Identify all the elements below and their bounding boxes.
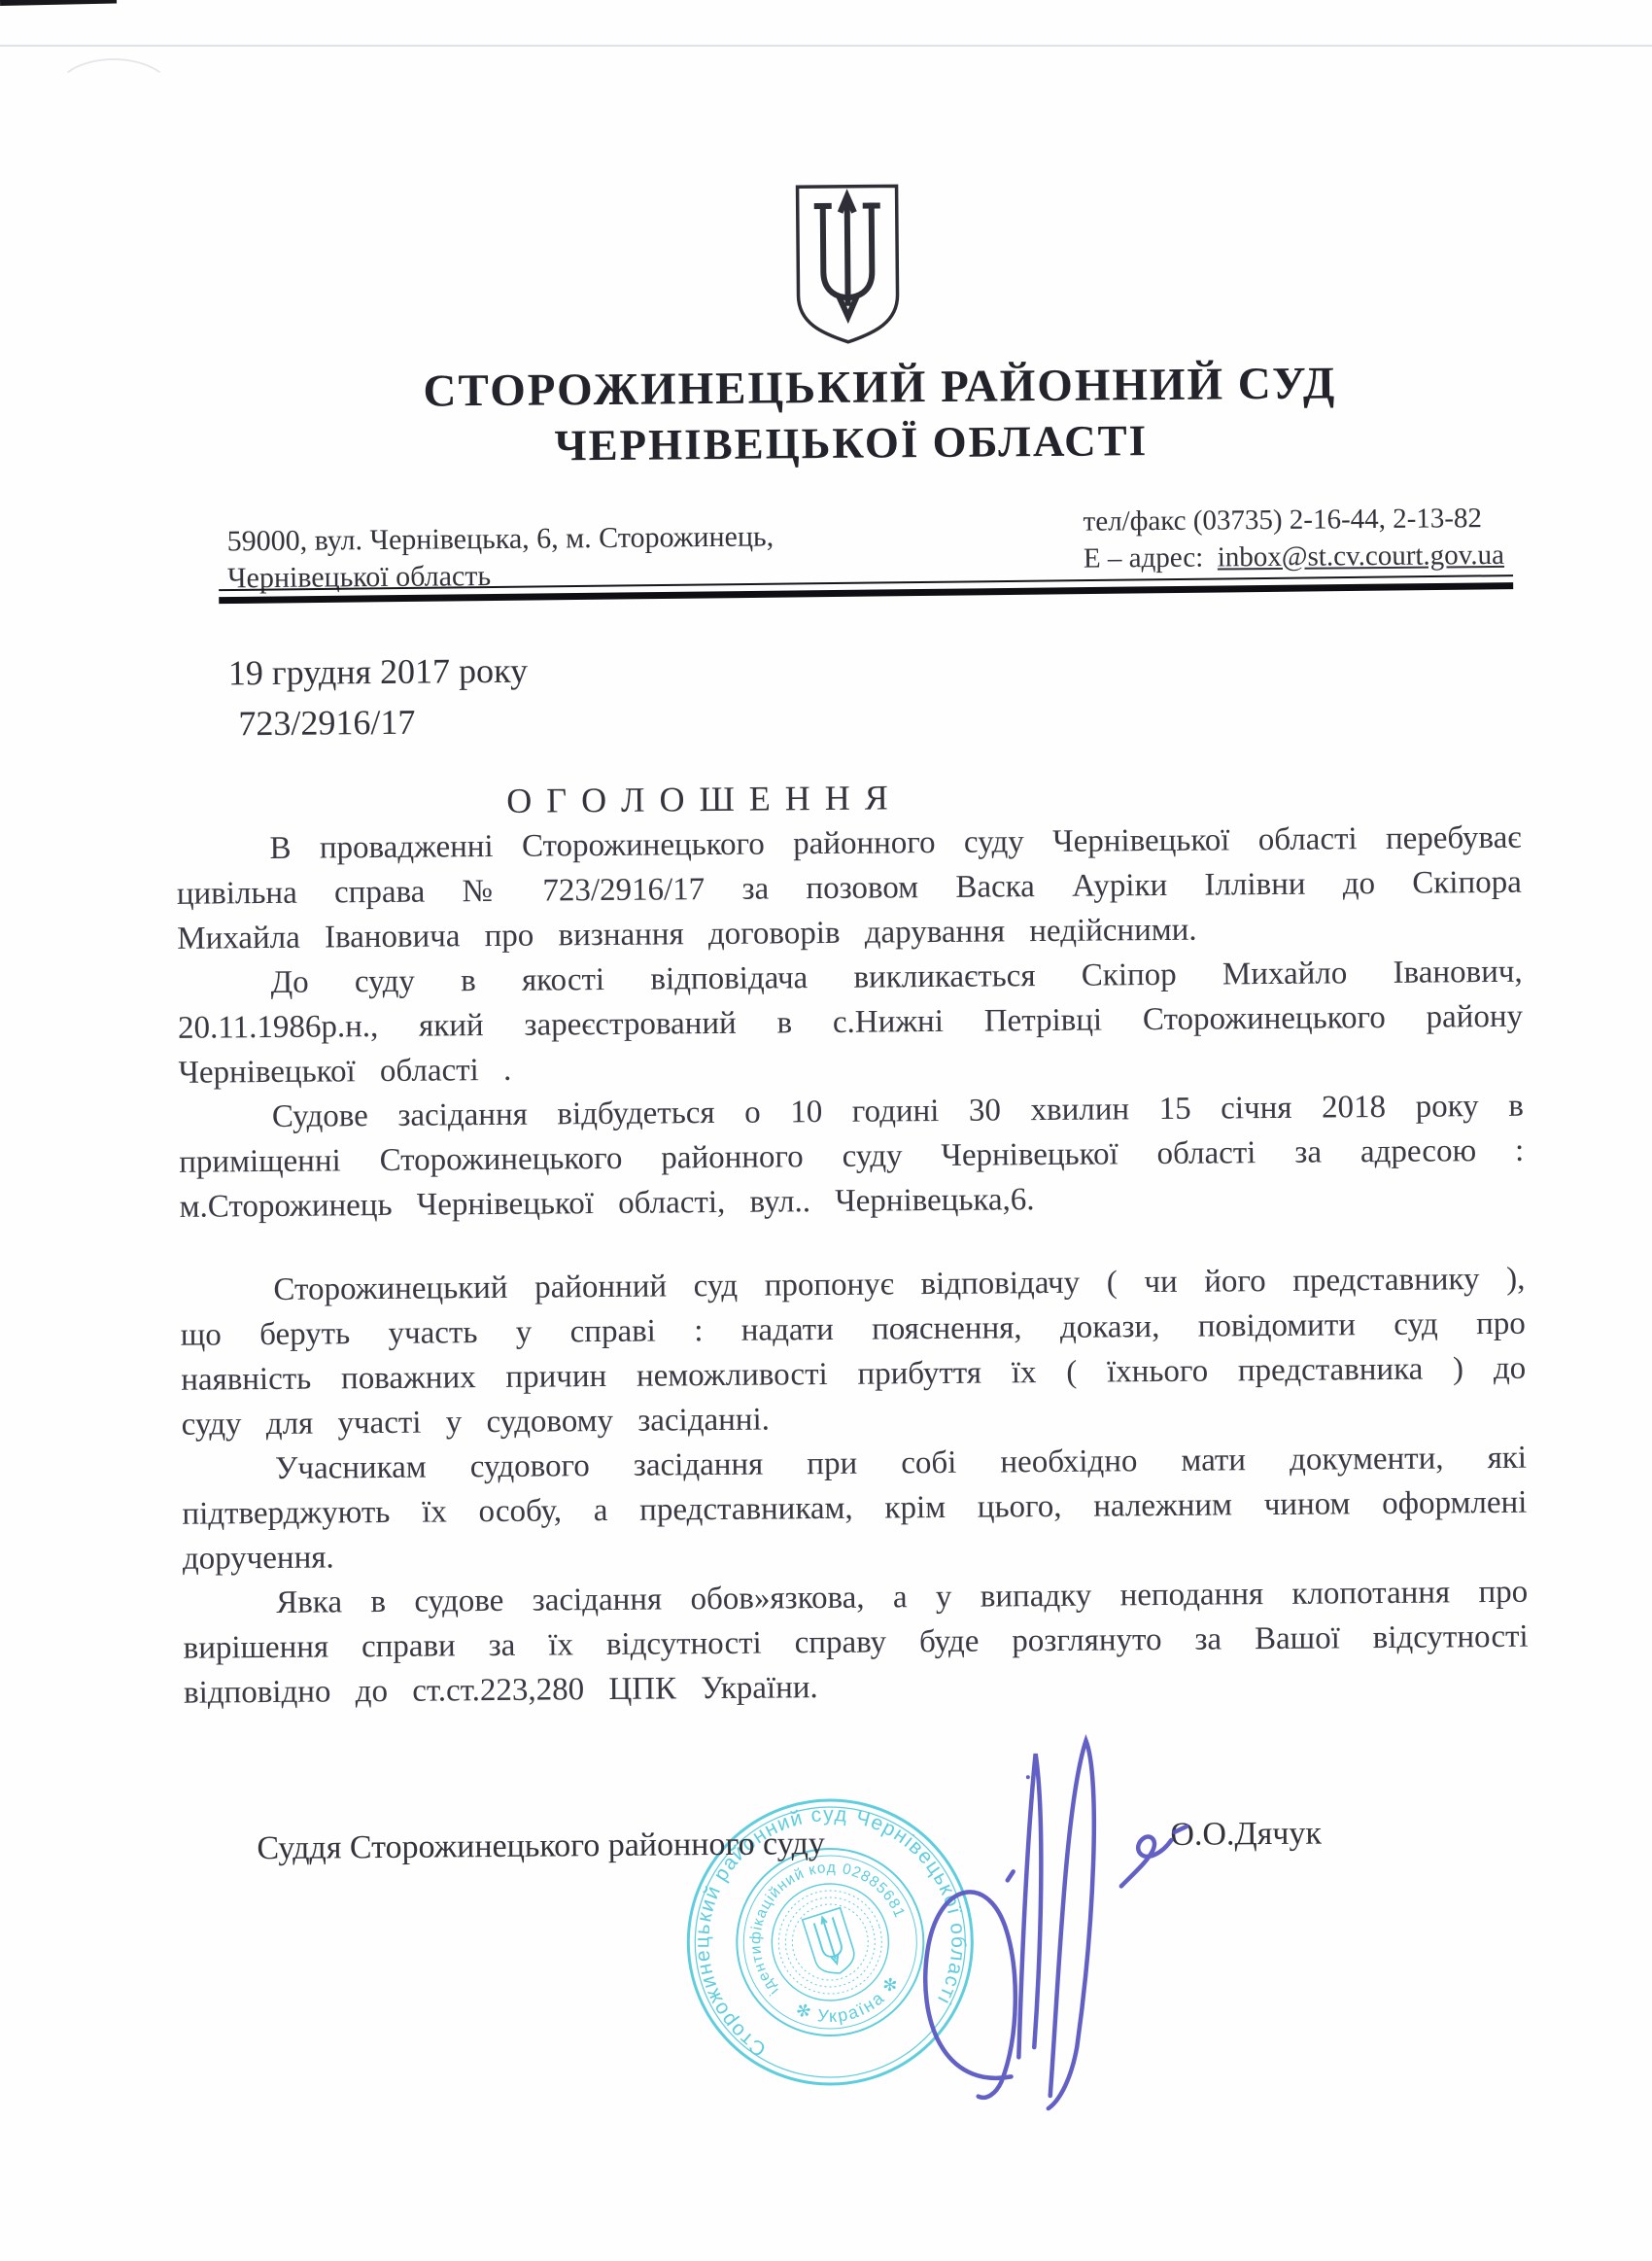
announcement-paragraph: Сторожинецький районний суд пропонує від… [180, 1257, 1527, 1447]
announcement-paragraph: Явка в судове засідання обов»язкова, а у… [183, 1570, 1529, 1716]
ukraine-trident-emblem-icon [789, 180, 907, 348]
announcement-body: В провадженні Сторожинецького районного … [176, 816, 1529, 1716]
email-line: Е – адрес: inbox@st.cv.court.gov.ua [1084, 537, 1504, 577]
svg-text:✻ Україна ✻: ✻ Україна ✻ [788, 1968, 911, 2039]
announcement-title: О Г О Л О Ш Е Н Н Я [174, 774, 1223, 823]
email-label: Е – адрес: [1084, 542, 1204, 574]
court-contacts: тел/факс (03735) 2-16-44, 2-13-82 Е – ад… [1083, 500, 1504, 577]
announcement-paragraph: Учасникам судового засідання при собі не… [182, 1436, 1528, 1582]
scan-artifact-corner [0, 0, 117, 6]
email-address: inbox@st.cv.court.gov.ua [1218, 539, 1504, 574]
document-date: 19 грудня 2017 року [228, 650, 529, 694]
court-address-line1: 59000, вул. Чернівецька, 6, м. Сторожине… [227, 518, 774, 560]
phone-fax-line: тел/факс (03735) 2-16-44, 2-13-82 [1083, 500, 1503, 540]
document-page: СТОРОЖИНЕЦЬКИЙ РАЙОННИЙ СУД ЧЕРНІВЕЦЬКОЇ… [0, 0, 1652, 2261]
announcement-paragraph: До суду в якості відповідача викликаєтьс… [177, 950, 1523, 1096]
case-number: 723/2916/17 [238, 702, 415, 745]
judge-signature-ink [901, 1725, 1195, 2117]
stamp-country-text: ✻ Україна ✻ [788, 1968, 911, 2039]
court-name-line2: ЧЕРНІВЕЦЬКОЇ ОБЛАСТІ [25, 410, 1652, 475]
judge-title-label: Суддя Сторожинецького районного суду [257, 1826, 825, 1867]
announcement-paragraph: Судове засідання відбудеться о 10 годині… [179, 1084, 1525, 1230]
announcement-paragraph: В провадженні Сторожинецького районного … [176, 816, 1522, 961]
court-name-line1: СТОРОЖИНЕЦЬКИЙ РАЙОННИЙ СУД [53, 354, 1652, 421]
